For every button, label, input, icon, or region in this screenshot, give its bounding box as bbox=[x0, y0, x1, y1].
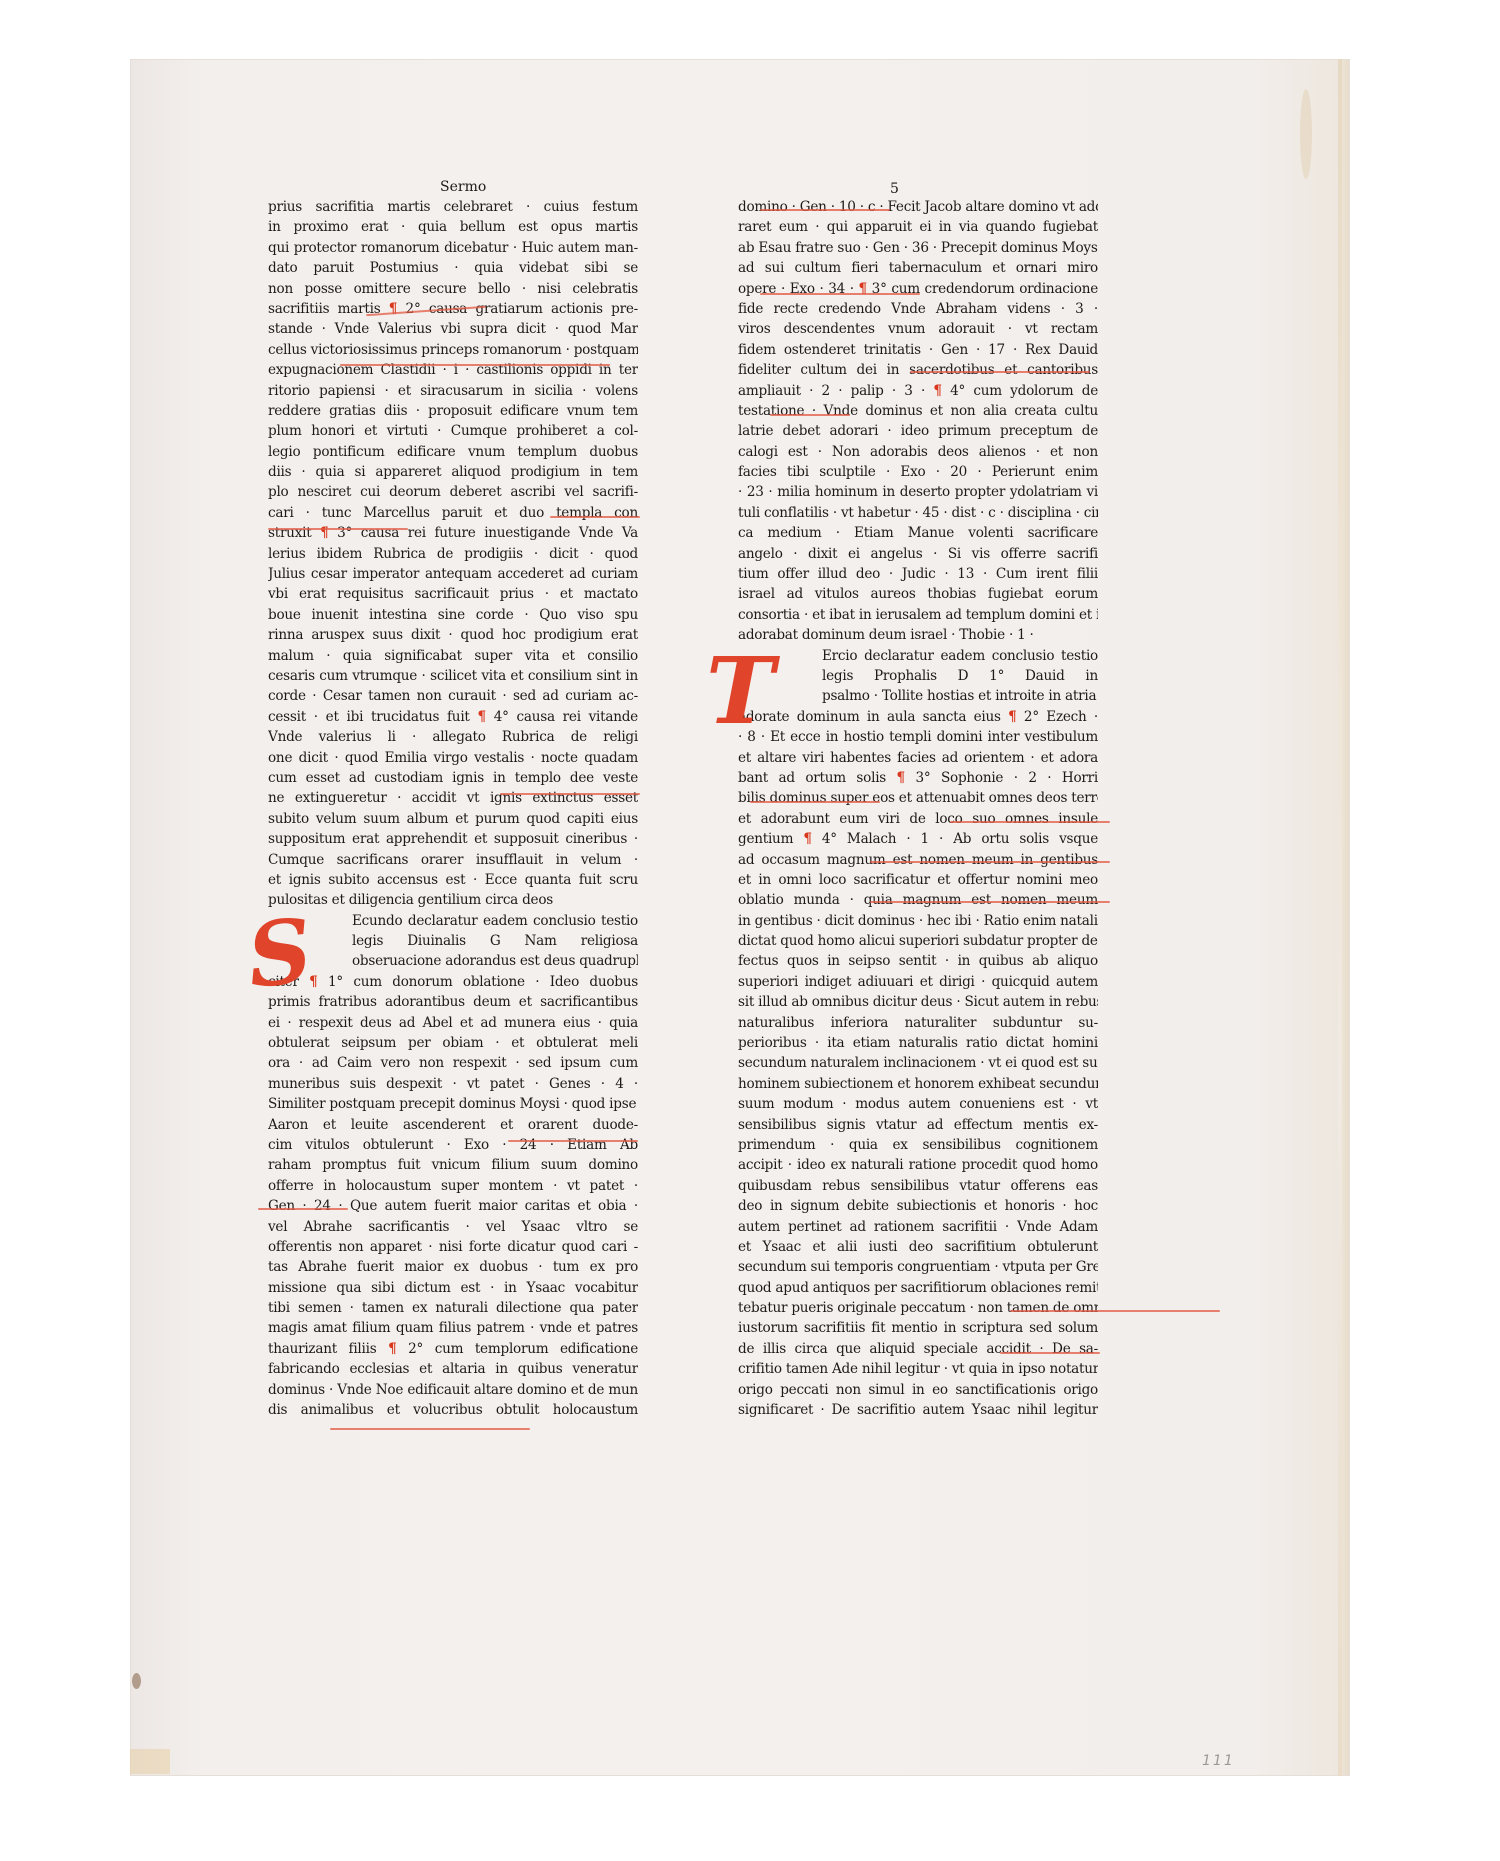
rubric-underline bbox=[508, 1140, 638, 1142]
text-line: ne extingueretur · accidit vt ignis exti… bbox=[268, 788, 638, 808]
text-line: citer ¶ 1° cum donorum oblatione · Ideo … bbox=[268, 972, 638, 992]
rubric-underline bbox=[258, 1208, 348, 1210]
foxing-stain bbox=[1300, 89, 1312, 179]
text-line: ad occasum magnum est nomen meum in gent… bbox=[738, 850, 1098, 870]
text-line: Similiter postquam precepit dominus Moys… bbox=[268, 1094, 638, 1114]
text-line: magis amat filium quam filius patrem · v… bbox=[268, 1318, 638, 1338]
text-line: secundum naturalem inclinacionem · vt ei… bbox=[738, 1053, 1098, 1073]
text-line: ab Esau fratre suo · Gen · 36 · Precepit… bbox=[738, 238, 1098, 258]
text-line: ampliauit · 2 · palip · 3 · ¶ 4° cum ydo… bbox=[738, 381, 1098, 401]
text-line: · 23 · milia hominum in deserto propter … bbox=[738, 482, 1098, 502]
text-line: origo peccati non simul in eo sanctifica… bbox=[738, 1380, 1098, 1400]
text-line: calogi est · Non adorabis deos alienos ·… bbox=[738, 442, 1098, 462]
text-line: dictat quod homo alicui superiori subdat… bbox=[738, 931, 1098, 951]
pilcrow-mark: ¶ bbox=[897, 770, 905, 786]
text-line: iustorum sacrifitiis fit mentio in scrip… bbox=[738, 1318, 1098, 1338]
pilcrow-mark: ¶ bbox=[477, 709, 485, 725]
text-line: quod apud antiquos per sacrifitiorum obl… bbox=[738, 1278, 1098, 1298]
pilcrow-mark: ¶ bbox=[389, 301, 397, 317]
text-line: legis Prophalis D 1° Dauid in bbox=[738, 666, 1098, 686]
text-line: legis Diuinalis G Nam religiosa bbox=[268, 931, 638, 951]
pilcrow-mark: ¶ bbox=[803, 831, 811, 847]
text-line: viros descendentes vnum adorauit · vt re… bbox=[738, 319, 1098, 339]
text-line: tibi semen · tamen ex naturali dilection… bbox=[268, 1298, 638, 1318]
rubric-underline bbox=[770, 414, 850, 416]
rubric-underline bbox=[870, 861, 1110, 863]
left-text-column: prius sacrifitia martis celebraret · cui… bbox=[268, 197, 638, 1420]
text-line: gentium ¶ 4° Malach · 1 · Ab ortu solis … bbox=[738, 829, 1098, 849]
text-line: adorabat dominum deum israel · Thobie · … bbox=[738, 625, 1098, 645]
text-line: latrie debet adorari · ideo primum prece… bbox=[738, 421, 1098, 441]
text-line: rinna aruspex suus dixit · quod hoc prod… bbox=[268, 625, 638, 645]
text-line: tium offer illud deo · Judic · 13 · Cum … bbox=[738, 564, 1098, 584]
text-line: tebatur pueris originale peccatum · non … bbox=[738, 1298, 1098, 1318]
text-line: primendum · quia ex sensibilibus cogniti… bbox=[738, 1135, 1098, 1155]
text-line: ritorio papiensi · et siracusarum in sic… bbox=[268, 381, 638, 401]
text-line: ora · ad Caim vero non respexit · sed ip… bbox=[268, 1053, 638, 1073]
text-line: malum · quia significabat super vita et … bbox=[268, 646, 638, 666]
text-line: accipit · ideo ex naturali ratione proce… bbox=[738, 1155, 1098, 1175]
rubric-underline bbox=[1000, 1352, 1100, 1354]
text-line: plo nesciret cui deorum deberet ascribi … bbox=[268, 482, 638, 502]
text-line: Vnde valerius li · allegato Rubrica de r… bbox=[268, 727, 638, 747]
text-line: significaret · De sacrifitio autem Ysaac… bbox=[738, 1400, 1098, 1420]
text-line: crifitio tamen Ade nihil legitur · vt qu… bbox=[738, 1359, 1098, 1379]
text-line: raret eum · qui apparuit ei in via quand… bbox=[738, 217, 1098, 237]
text-line: sensibilibus signis vtatur ad effectum m… bbox=[738, 1115, 1098, 1135]
foxing-stain bbox=[130, 1749, 170, 1774]
text-line: opere · Exo · 34 · ¶ 3° cum credendorum … bbox=[738, 279, 1098, 299]
text-line: Cumque sacrificans orarer insufflauit in… bbox=[268, 850, 638, 870]
text-line: ca medium · Etiam Manue volenti sacrific… bbox=[738, 523, 1098, 543]
text-line: obtulerat seipsum per obiam · et obtuler… bbox=[268, 1033, 638, 1053]
text-line: naturalibus inferiora naturaliter subdun… bbox=[738, 1013, 1098, 1033]
text-line: cesaris cum vtrumque · scilicet vita et … bbox=[268, 666, 638, 686]
text-line: de illis circa que aliquid speciale acci… bbox=[738, 1339, 1098, 1359]
pilcrow-mark: ¶ bbox=[388, 1341, 396, 1357]
text-line: tuli conflatilis · vt habetur · 45 · dis… bbox=[738, 503, 1098, 523]
text-line: dis animalibus et volucribus obtulit hol… bbox=[268, 1400, 638, 1420]
right-text-column: domino · Gen · 10 · c · Fecit Jacob alta… bbox=[738, 197, 1098, 1420]
text-line: et Ysaac et alii iusti deo sacrifitium o… bbox=[738, 1237, 1098, 1257]
text-line: Gen · 24 · Que autem fuerit maior carita… bbox=[268, 1196, 638, 1216]
text-line: obseruacione adorandus est deus quadrupl… bbox=[268, 951, 638, 971]
text-line: tas Abrahe fuerit maior ex duobus · tum … bbox=[268, 1257, 638, 1277]
text-line: hominem subiectionem et honorem exhibeat… bbox=[738, 1074, 1098, 1094]
text-line: primis fratribus adorantibus deum et sac… bbox=[268, 992, 638, 1012]
text-line: in proximo erat · quia bellum est opus m… bbox=[268, 217, 638, 237]
text-line: israel ad vitulos aureos thobias fugieba… bbox=[738, 584, 1098, 604]
text-line: reddere gratias diis · proposuit edifica… bbox=[268, 401, 638, 421]
text-line: muneribus suis despexit · vt patet · Gen… bbox=[268, 1074, 638, 1094]
text-line: cum esset ad custodiam ignis in templo d… bbox=[268, 768, 638, 788]
text-line: vel Abrahe sacrificantis · vel Ysaac vlt… bbox=[268, 1217, 638, 1237]
text-line: Ecundo declaratur eadem conclusio testio bbox=[268, 911, 638, 931]
red-initial-s: S bbox=[244, 906, 316, 1000]
text-line: superiori indiget adiuuari et dirigi · q… bbox=[738, 972, 1098, 992]
red-initial-t: T bbox=[706, 645, 774, 737]
rubric-underline bbox=[750, 801, 880, 803]
text-line: fidem ostenderet trinitatis · Gen · 17 ·… bbox=[738, 340, 1098, 360]
text-line: et ignis subito accensus est · Ecce quan… bbox=[268, 870, 638, 890]
text-line: offerre in holocaustum super montem · vt… bbox=[268, 1176, 638, 1196]
text-line: quibusdam rebus sensibilibus vtatur offe… bbox=[738, 1176, 1098, 1196]
text-line: cellus victoriosissimus princeps romanor… bbox=[268, 340, 638, 360]
rubric-underline bbox=[1010, 1310, 1220, 1312]
text-line: thaurizant filiis ¶ 2° cum templorum edi… bbox=[268, 1339, 638, 1359]
text-line: domino · Gen · 10 · c · Fecit Jacob alta… bbox=[738, 197, 1098, 217]
text-line: Julius cesar imperator antequam accedere… bbox=[268, 564, 638, 584]
text-line: corde · Cesar tamen non curauit · sed ad… bbox=[268, 686, 638, 706]
text-line: fabricando ecclesias et altaria in quibu… bbox=[268, 1359, 638, 1379]
rubric-underline bbox=[550, 516, 640, 518]
text-line: facies tibi sculptile · Exo · 20 · Perie… bbox=[738, 462, 1098, 482]
text-line: pulositas et diligencia gentilium circa … bbox=[268, 890, 638, 910]
text-line: raham promptus fuit vnicum filium suum d… bbox=[268, 1155, 638, 1175]
text-line: struxit ¶ 3° causa rei future inuestigan… bbox=[268, 523, 638, 543]
text-line: et in omni loco sacrificatur et offertur… bbox=[738, 870, 1098, 890]
text-line: · 8 · Et ecce in hostio templi domini in… bbox=[738, 727, 1098, 747]
text-line: diis · quia si appareret aliquod prodigi… bbox=[268, 462, 638, 482]
rubric-underline bbox=[870, 901, 1110, 903]
text-line: legio pontificum edificare vnum templum … bbox=[268, 442, 638, 462]
rubric-underline bbox=[910, 371, 1090, 373]
text-line: dominus · Vnde Noe edificauit altare dom… bbox=[268, 1380, 638, 1400]
text-line: Ercio declaratur eadem conclusio testio bbox=[738, 646, 1098, 666]
text-line: psalmo · Tollite hostias et introite in … bbox=[738, 686, 1098, 706]
foxing-stain bbox=[132, 1673, 141, 1689]
text-line: et adorabunt eum viri de loco suo omnes … bbox=[738, 809, 1098, 829]
text-line: deo in signum debite subiectionis et hon… bbox=[738, 1196, 1098, 1216]
text-line: autem pertinet ad rationem sacrifitii · … bbox=[738, 1217, 1098, 1237]
pilcrow-mark: ¶ bbox=[933, 383, 941, 399]
rubric-underline bbox=[500, 793, 640, 795]
text-line: et altare viri habentes facies ad orient… bbox=[738, 748, 1098, 768]
text-line: cari · tunc Marcellus paruit et duo temp… bbox=[268, 503, 638, 523]
text-line: cim vitulos obtulerunt · Exo · 24 · Etia… bbox=[268, 1135, 638, 1155]
rubric-underline bbox=[330, 1428, 530, 1430]
text-line: consortia · et ibat in ierusalem ad temp… bbox=[738, 605, 1098, 625]
text-line: sit illud ab omnibus dicitur deus · Sicu… bbox=[738, 992, 1098, 1012]
text-line: offerentis non apparet · nisi forte dica… bbox=[268, 1237, 638, 1257]
text-line: fectus quos in seipso sentit · in quibus… bbox=[738, 951, 1098, 971]
text-line: suppositum erat apprehendit et supposuit… bbox=[268, 829, 638, 849]
text-line: dato paruit Postumius · quia videbat sib… bbox=[268, 258, 638, 278]
text-line: Aaron et leuite ascenderent et orarent d… bbox=[268, 1115, 638, 1135]
text-line: missione qua sibi dictum est · in Ysaac … bbox=[268, 1278, 638, 1298]
text-line: ei · respexit deus ad Abel et ad munera … bbox=[268, 1013, 638, 1033]
text-line: bilis dominus super eos et attenuabit om… bbox=[738, 788, 1098, 808]
pencil-page-number: 111 bbox=[1202, 1753, 1235, 1769]
text-line: prius sacrifitia martis celebraret · cui… bbox=[268, 197, 638, 217]
text-line: stande · Vnde Valerius vbi supra dicit ·… bbox=[268, 319, 638, 339]
folio-mark: 5 bbox=[890, 181, 899, 197]
text-line: perioribus · ita etiam naturalis ratio d… bbox=[738, 1033, 1098, 1053]
rubric-underline bbox=[268, 528, 408, 530]
text-line: vbi erat requisitus sacrificauit prius ·… bbox=[268, 584, 638, 604]
text-line: bant ad ortum solis ¶ 3° Sophonie · 2 · … bbox=[738, 768, 1098, 788]
text-line: subito velum suum album et purum quod ca… bbox=[268, 809, 638, 829]
rubric-underline bbox=[950, 821, 1110, 823]
text-line: lerius ibidem Rubrica de prodigiis · dic… bbox=[268, 544, 638, 564]
text-line: boue inuenit intestina sine corde · Quo … bbox=[268, 605, 638, 625]
running-head: Sermo bbox=[440, 179, 486, 195]
manuscript-page: Sermo 5 prius sacrifitia martis celebrar… bbox=[130, 59, 1350, 1776]
text-line: ad sui cultum fieri tabernaculum et orna… bbox=[738, 258, 1098, 278]
rubric-underline bbox=[340, 364, 610, 366]
text-line: secundum sui temporis congruentiam · vtp… bbox=[738, 1257, 1098, 1277]
text-line: in gentibus · dicit dominus · hec ibi · … bbox=[738, 911, 1098, 931]
text-line: cessit · et ibi trucidatus fuit ¶ 4° cau… bbox=[268, 707, 638, 727]
pilcrow-mark: ¶ bbox=[1008, 709, 1016, 725]
text-line: non posse omittere secure bello · nisi c… bbox=[268, 279, 638, 299]
text-line: testatione · Vnde dominus et non alia cr… bbox=[738, 401, 1098, 421]
rubric-underline bbox=[760, 209, 890, 211]
text-line: suum modum · modus autem conueniens est … bbox=[738, 1094, 1098, 1114]
text-line: fide recte credendo Vnde Abraham videns … bbox=[738, 299, 1098, 319]
text-line: plum honori et virtuti · Cumque prohiber… bbox=[268, 421, 638, 441]
text-line: adorate dominum in aula sancta eius ¶ 2°… bbox=[738, 707, 1098, 727]
rubric-underline bbox=[760, 293, 920, 295]
text-line: angelo · dixit ei angelus · Si vis offer… bbox=[738, 544, 1098, 564]
text-line: qui protector romanorum dicebatur · Huic… bbox=[268, 238, 638, 258]
text-line: one dicit · quod Emilia virgo vestalis ·… bbox=[268, 748, 638, 768]
